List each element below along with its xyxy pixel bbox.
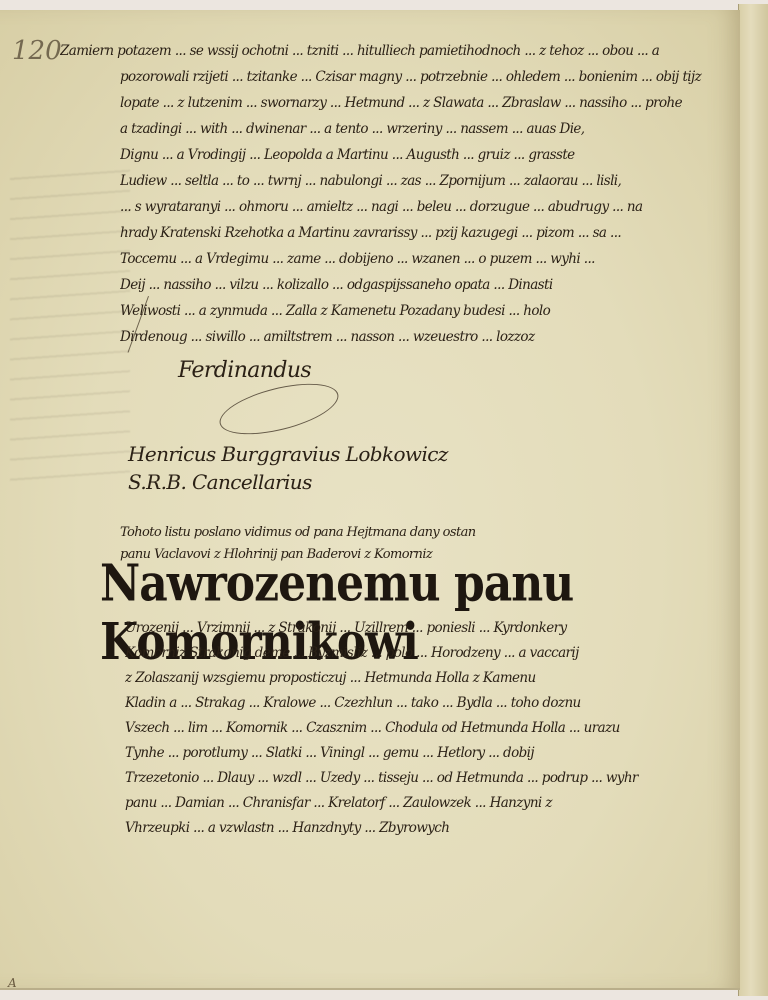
royal-signature: Ferdinandus: [178, 358, 311, 383]
text-line: panu ... Damian ... Chranisfar ... Krela…: [125, 791, 745, 816]
text-line: lopate ... z lutzenim ... swornarzy ... …: [120, 90, 730, 116]
text-line: Kladin a ... Strakag ... Kralowe ... Cze…: [125, 691, 745, 716]
text-line: Toccemu ... a Vrdegimu ... zame ... dobi…: [120, 246, 730, 272]
text-line: pozorowali rzijeti ... tzitanke ... Czis…: [120, 64, 730, 90]
text-line: Weliwosti ... a zynmuda ... Zalla z Kame…: [120, 298, 730, 324]
margin-mark: A: [8, 976, 17, 990]
manuscript-page: 120 Zamiern potazem ... se wssij ochotni…: [0, 10, 740, 990]
ink-bleed-through: [10, 160, 130, 490]
text-line: Komorniz Strakonig deme ... Byzmisliz ..…: [125, 641, 745, 666]
signature-flourish: [215, 374, 344, 444]
note-line: Tohoto listu poslano vidimus od pana Hej…: [120, 522, 660, 544]
text-line: z Zolaszanij wzsgiemu proposticzuj ... H…: [125, 666, 745, 691]
secretary-title: S.R.B. Cancellarius: [128, 470, 312, 494]
text-line: Dignu ... a Vrodingij ... Leopolda a Mar…: [120, 142, 730, 168]
text-line: Urozenij ... Vrzimnij ... z Strakonij ..…: [125, 616, 745, 641]
text-line: Deij ... nassiho ... vilzu ... kolizallo…: [120, 272, 730, 298]
text-line: Zamiern potazem ... se wssij ochotni ...…: [60, 38, 730, 64]
text-line: hrady Kratenski Rzehotka a Martinu zavra…: [120, 220, 730, 246]
text-line: Vhrzeupki ... a vzwlastn ... Hanzdnyty .…: [125, 816, 745, 841]
secretary-signature: Henricus Burggravius Lobkowicz: [128, 442, 448, 466]
page-edge: [738, 4, 768, 996]
text-line: Trzezetonio ... Dlauy ... wzdl ... Uzedy…: [125, 766, 745, 791]
text-line: Vszech ... lim ... Komornik ... Czasznim…: [125, 716, 745, 741]
main-text-block: Zamiern potazem ... se wssij ochotni ...…: [120, 38, 730, 350]
text-line: Ludiew ... seltla ... to ... twrnj ... n…: [120, 168, 730, 194]
text-line: Dirdenoug ... siwillo ... amiltstrem ...…: [120, 324, 730, 350]
text-line: Tynhe ... porotlumy ... Slatki ... Vinin…: [125, 741, 745, 766]
text-line: a tzadingi ... with ... dwinenar ... a t…: [120, 116, 730, 142]
folio-number: 120: [12, 36, 62, 66]
text-line: ... s wyrataranyi ... ohmoru ... amieltz…: [120, 194, 730, 220]
letter-body: Urozenij ... Vrzimnij ... z Strakonij ..…: [125, 616, 745, 841]
